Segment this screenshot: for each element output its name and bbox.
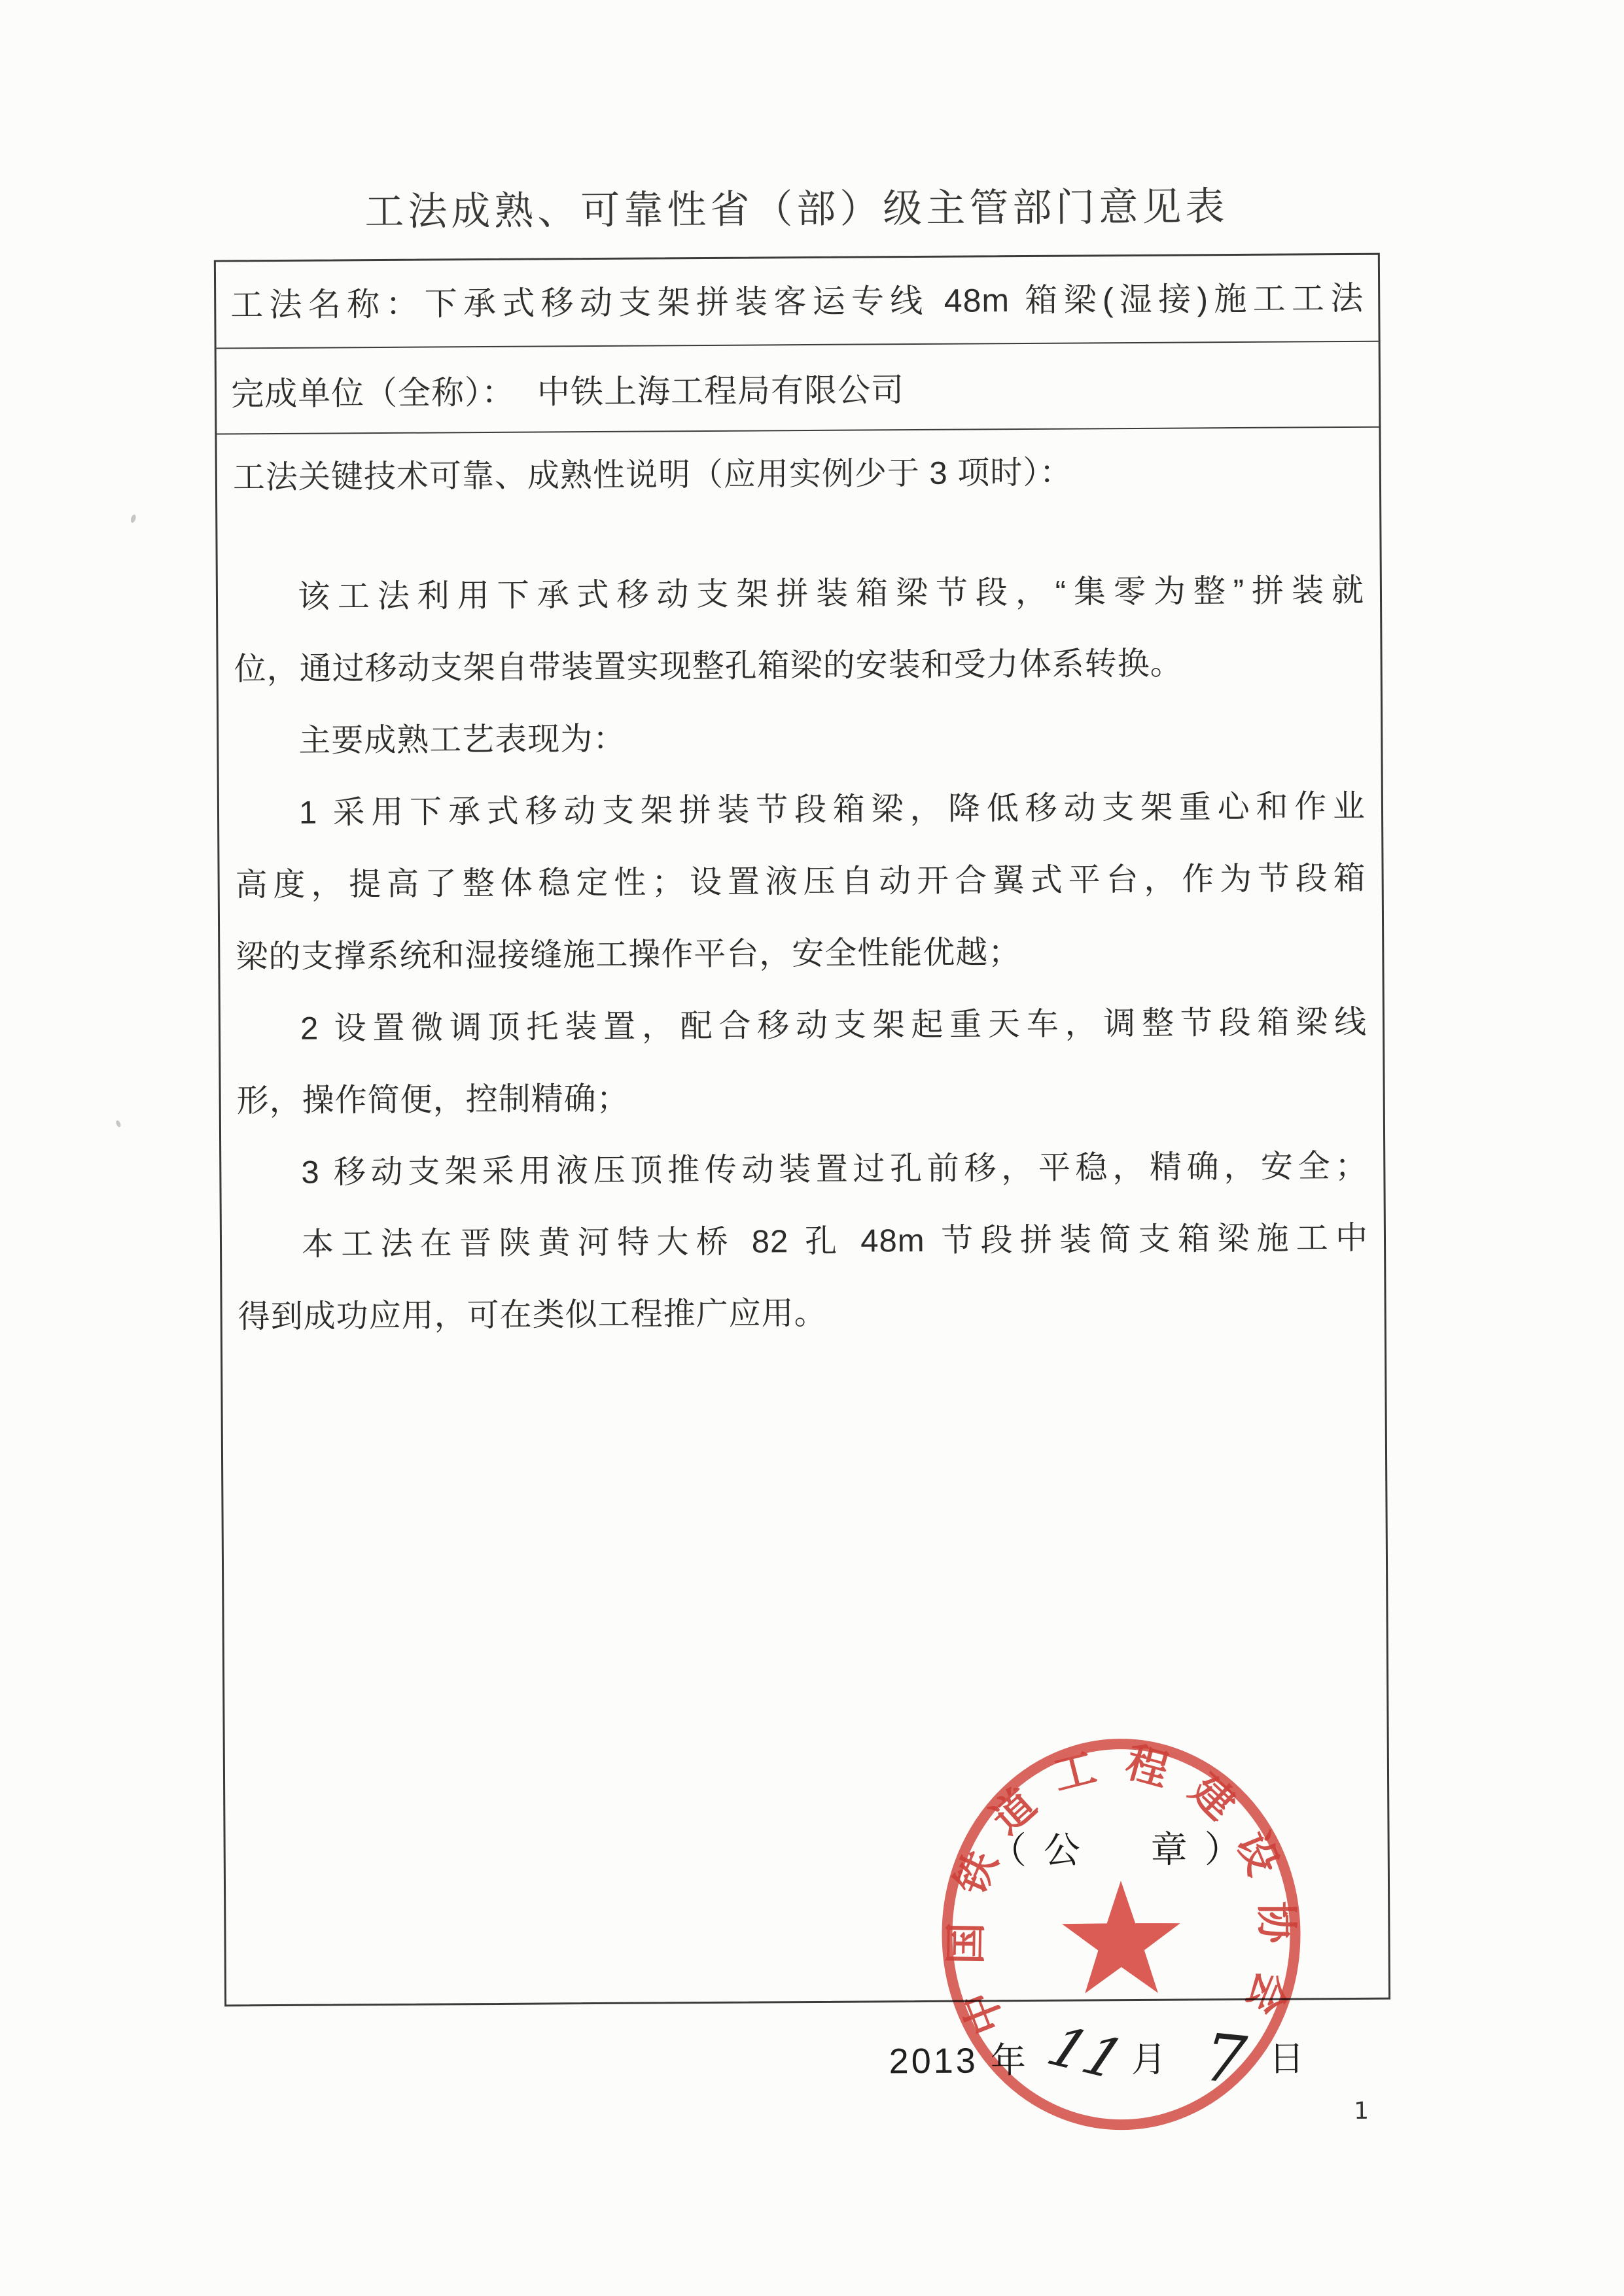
body-line: 本工法在晋陕黄河特大桥 82 孔 48m 节段拼装简支箱梁施工中 [238, 1202, 1369, 1281]
body-line: 得到成功应用，可在类似工程推广应用。 [238, 1274, 1369, 1353]
table-row-method-name: 工法名称：下承式移动支架拼装客运专线 48m 箱梁(湿接)施工工法 [216, 255, 1379, 349]
red-official-stamp-icon: 中国铁道工程建设协会 [936, 1733, 1308, 2134]
table-row-completing-unit: 完成单位（全称）： 中铁上海工程局有限公司 [217, 342, 1379, 435]
body-line: 3 移动支架采用液压顶推传动装置过孔前移，平稳，精确，安全； [237, 1130, 1368, 1209]
body-line: 2 设置微调顶托装置，配合移动支架起重天车，调整节段箱梁线 [236, 986, 1368, 1066]
body-line: 该工法利用下承式移动支架拼装箱梁节段，“集零为整”拼装就 [234, 555, 1365, 634]
body-line: 梁的支撑系统和湿接缝施工操作平台，安全性能优越； [236, 914, 1367, 994]
body-line: 高度，提高了整体稳定性；设置液压自动开合翼式平台，作为节段箱 [235, 843, 1366, 922]
table-cell-explanation: 工法关键技术可靠、成熟性说明（应用实例少于 3 项时）： 该工法利用下承式移动支… [217, 428, 1388, 2006]
completing-unit-label: 完成单位（全称）： [231, 366, 515, 415]
scan-speck [130, 514, 137, 524]
page-number: 1 [1354, 2098, 1369, 2125]
opinion-form-table: 工法名称：下承式移动支架拼装客运专线 48m 箱梁(湿接)施工工法 完成单位（全… [214, 253, 1390, 2007]
method-name-value: 下承式移动支架拼装客运专线 48m 箱梁(湿接)施工工法 [425, 280, 1364, 322]
body-line: 1 采用下承式移动支架拼装节段箱梁，降低移动支架重心和作业 [235, 771, 1366, 850]
page-title: 工法成熟、可靠性省（部）级主管部门意见表 [213, 175, 1379, 238]
body-line: 位，通过移动支架自带装置实现整孔箱梁的安装和受力体系转换。 [234, 627, 1365, 706]
completing-unit-value: 中铁上海工程局有限公司 [537, 364, 904, 413]
explanation-header: 工法关键技术可靠、成熟性说明（应用实例少于 3 项时）： [233, 450, 1364, 499]
body-line: 主要成熟工艺表现为： [234, 699, 1366, 778]
scan-speck [115, 1120, 122, 1128]
body-line: 形，操作简便，控制精确； [236, 1058, 1368, 1138]
method-name-label: 工法名称： [230, 286, 425, 324]
stamp-star-icon [1062, 1881, 1181, 1994]
scanned-document-sheet: 工法成熟、可靠性省（部）级主管部门意见表 工法名称：下承式移动支架拼装客运专线 … [0, 0, 1624, 2296]
